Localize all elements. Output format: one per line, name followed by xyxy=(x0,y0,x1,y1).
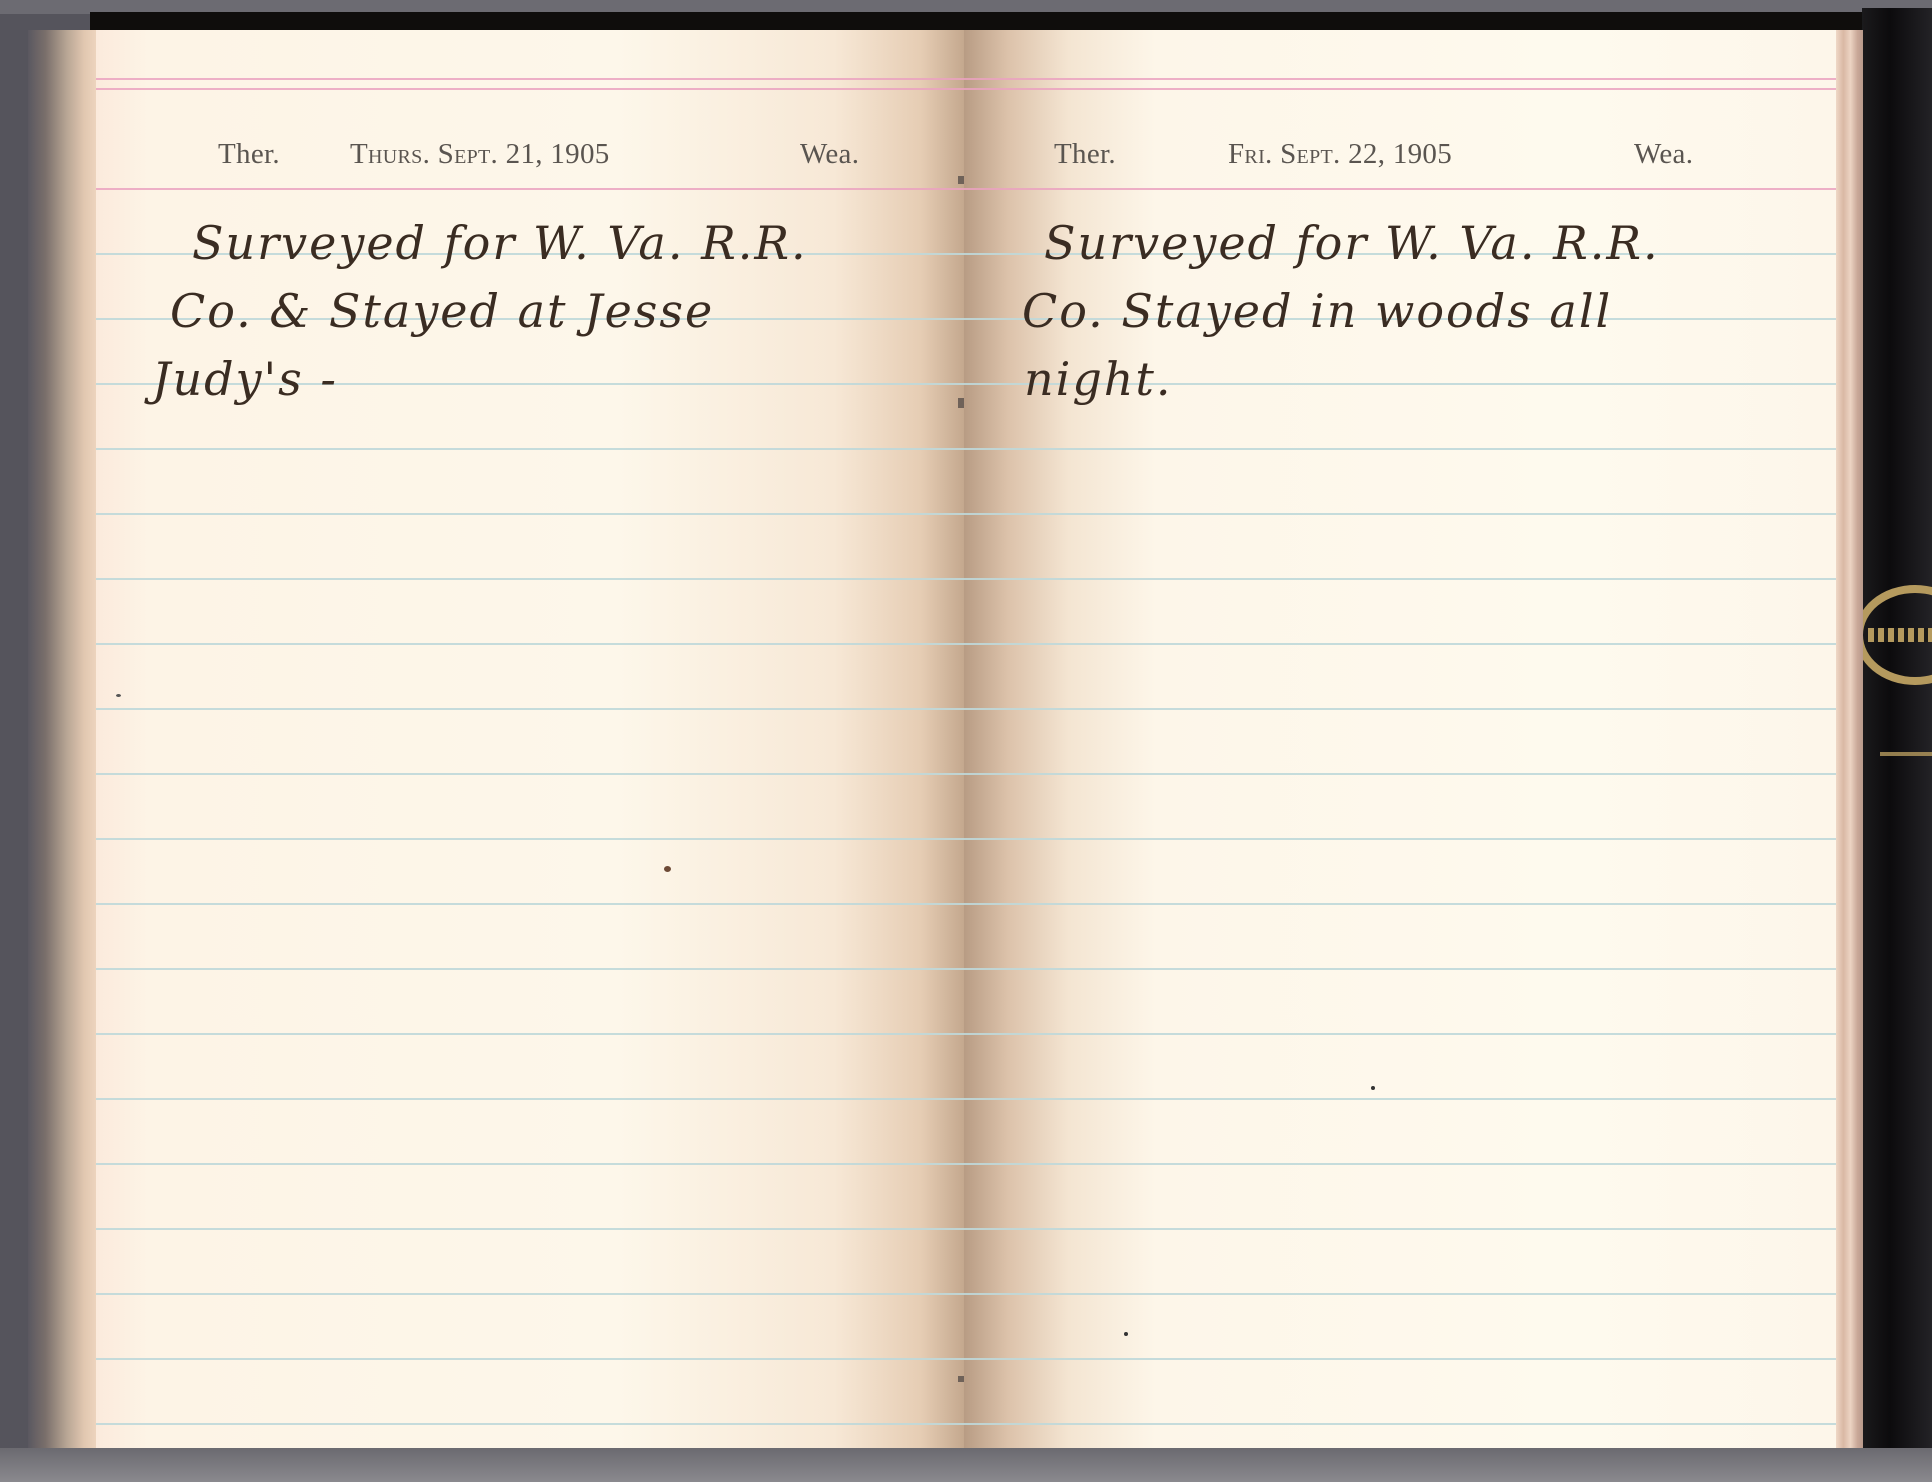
header-double-rule-top xyxy=(96,78,964,80)
thermometer-label: Ther. xyxy=(1054,138,1116,171)
binding-stitch xyxy=(958,176,964,184)
ruled-line xyxy=(964,1033,1836,1035)
page-date: Fri. Sept. 22, 1905 xyxy=(1228,138,1452,171)
ruled-line xyxy=(964,968,1836,970)
scanner-background-bottom xyxy=(0,1448,1932,1482)
ruled-line xyxy=(964,1293,1836,1295)
diary-page-right: Ther. Fri. Sept. 22, 1905 Wea. Surveyed … xyxy=(964,30,1836,1448)
entry-line: Co. & Stayed at Jesse xyxy=(170,284,714,338)
ruled-line xyxy=(96,773,964,775)
ruled-line xyxy=(96,1228,964,1230)
ruled-line xyxy=(964,1098,1836,1100)
ruled-line xyxy=(964,838,1836,840)
binding-stitch xyxy=(958,398,964,408)
ruled-line xyxy=(96,1293,964,1295)
cover-emblem-lettering xyxy=(1868,628,1932,642)
entry-line: night. xyxy=(1024,352,1173,406)
ruled-line xyxy=(96,1358,964,1360)
ruled-line xyxy=(964,448,1836,450)
ruled-line xyxy=(96,448,964,450)
page-block-left-edge xyxy=(28,30,98,1448)
ruled-line xyxy=(964,1358,1836,1360)
thermometer-label: Ther. xyxy=(218,138,280,171)
ruled-line xyxy=(964,1228,1836,1230)
header-underline-rule xyxy=(96,188,964,190)
ruled-line xyxy=(964,643,1836,645)
ruled-line xyxy=(96,643,964,645)
ruled-line xyxy=(96,578,964,580)
ink-spot xyxy=(1371,1086,1375,1090)
ruled-line xyxy=(96,708,964,710)
entry-line: Surveyed for W. Va. R.R. xyxy=(192,216,808,270)
weather-label: Wea. xyxy=(1634,138,1693,171)
page-date: Thurs. Sept. 21, 1905 xyxy=(350,138,610,171)
ink-spot xyxy=(116,694,121,697)
ruled-line xyxy=(96,1423,964,1425)
ink-spot xyxy=(1124,1332,1128,1336)
ruled-line xyxy=(964,578,1836,580)
ruled-line xyxy=(964,1423,1836,1425)
ruled-line xyxy=(96,513,964,515)
ruled-line xyxy=(964,1163,1836,1165)
entry-line: Judy's - xyxy=(152,352,338,406)
entry-line: Surveyed for W. Va. R.R. xyxy=(1044,216,1660,270)
ruled-line xyxy=(964,708,1836,710)
weather-label: Wea. xyxy=(800,138,859,171)
entry-line: Co. Stayed in woods all xyxy=(1022,284,1612,338)
ruled-line xyxy=(96,903,964,905)
ruled-line xyxy=(964,773,1836,775)
ruled-line xyxy=(96,968,964,970)
ruled-line xyxy=(964,903,1836,905)
header-underline-rule xyxy=(964,188,1836,190)
book-cover-top-edge xyxy=(90,12,1880,32)
book-cover-right xyxy=(1862,8,1932,1448)
header-double-rule-bottom xyxy=(96,88,964,90)
page-block-right-edge xyxy=(1835,30,1863,1448)
header-double-rule-top xyxy=(964,78,1836,80)
header-double-rule-bottom xyxy=(964,88,1836,90)
cover-emblem-rule xyxy=(1880,752,1932,756)
binding-stitch xyxy=(958,1376,964,1382)
diary-page-left: Ther. Thurs. Sept. 21, 1905 Wea. Surveye… xyxy=(96,30,964,1448)
ruled-line xyxy=(964,513,1836,515)
ink-spot xyxy=(664,866,671,872)
ruled-line xyxy=(96,1033,964,1035)
ruled-line xyxy=(96,1098,964,1100)
ruled-line xyxy=(96,1163,964,1165)
ruled-line xyxy=(96,838,964,840)
